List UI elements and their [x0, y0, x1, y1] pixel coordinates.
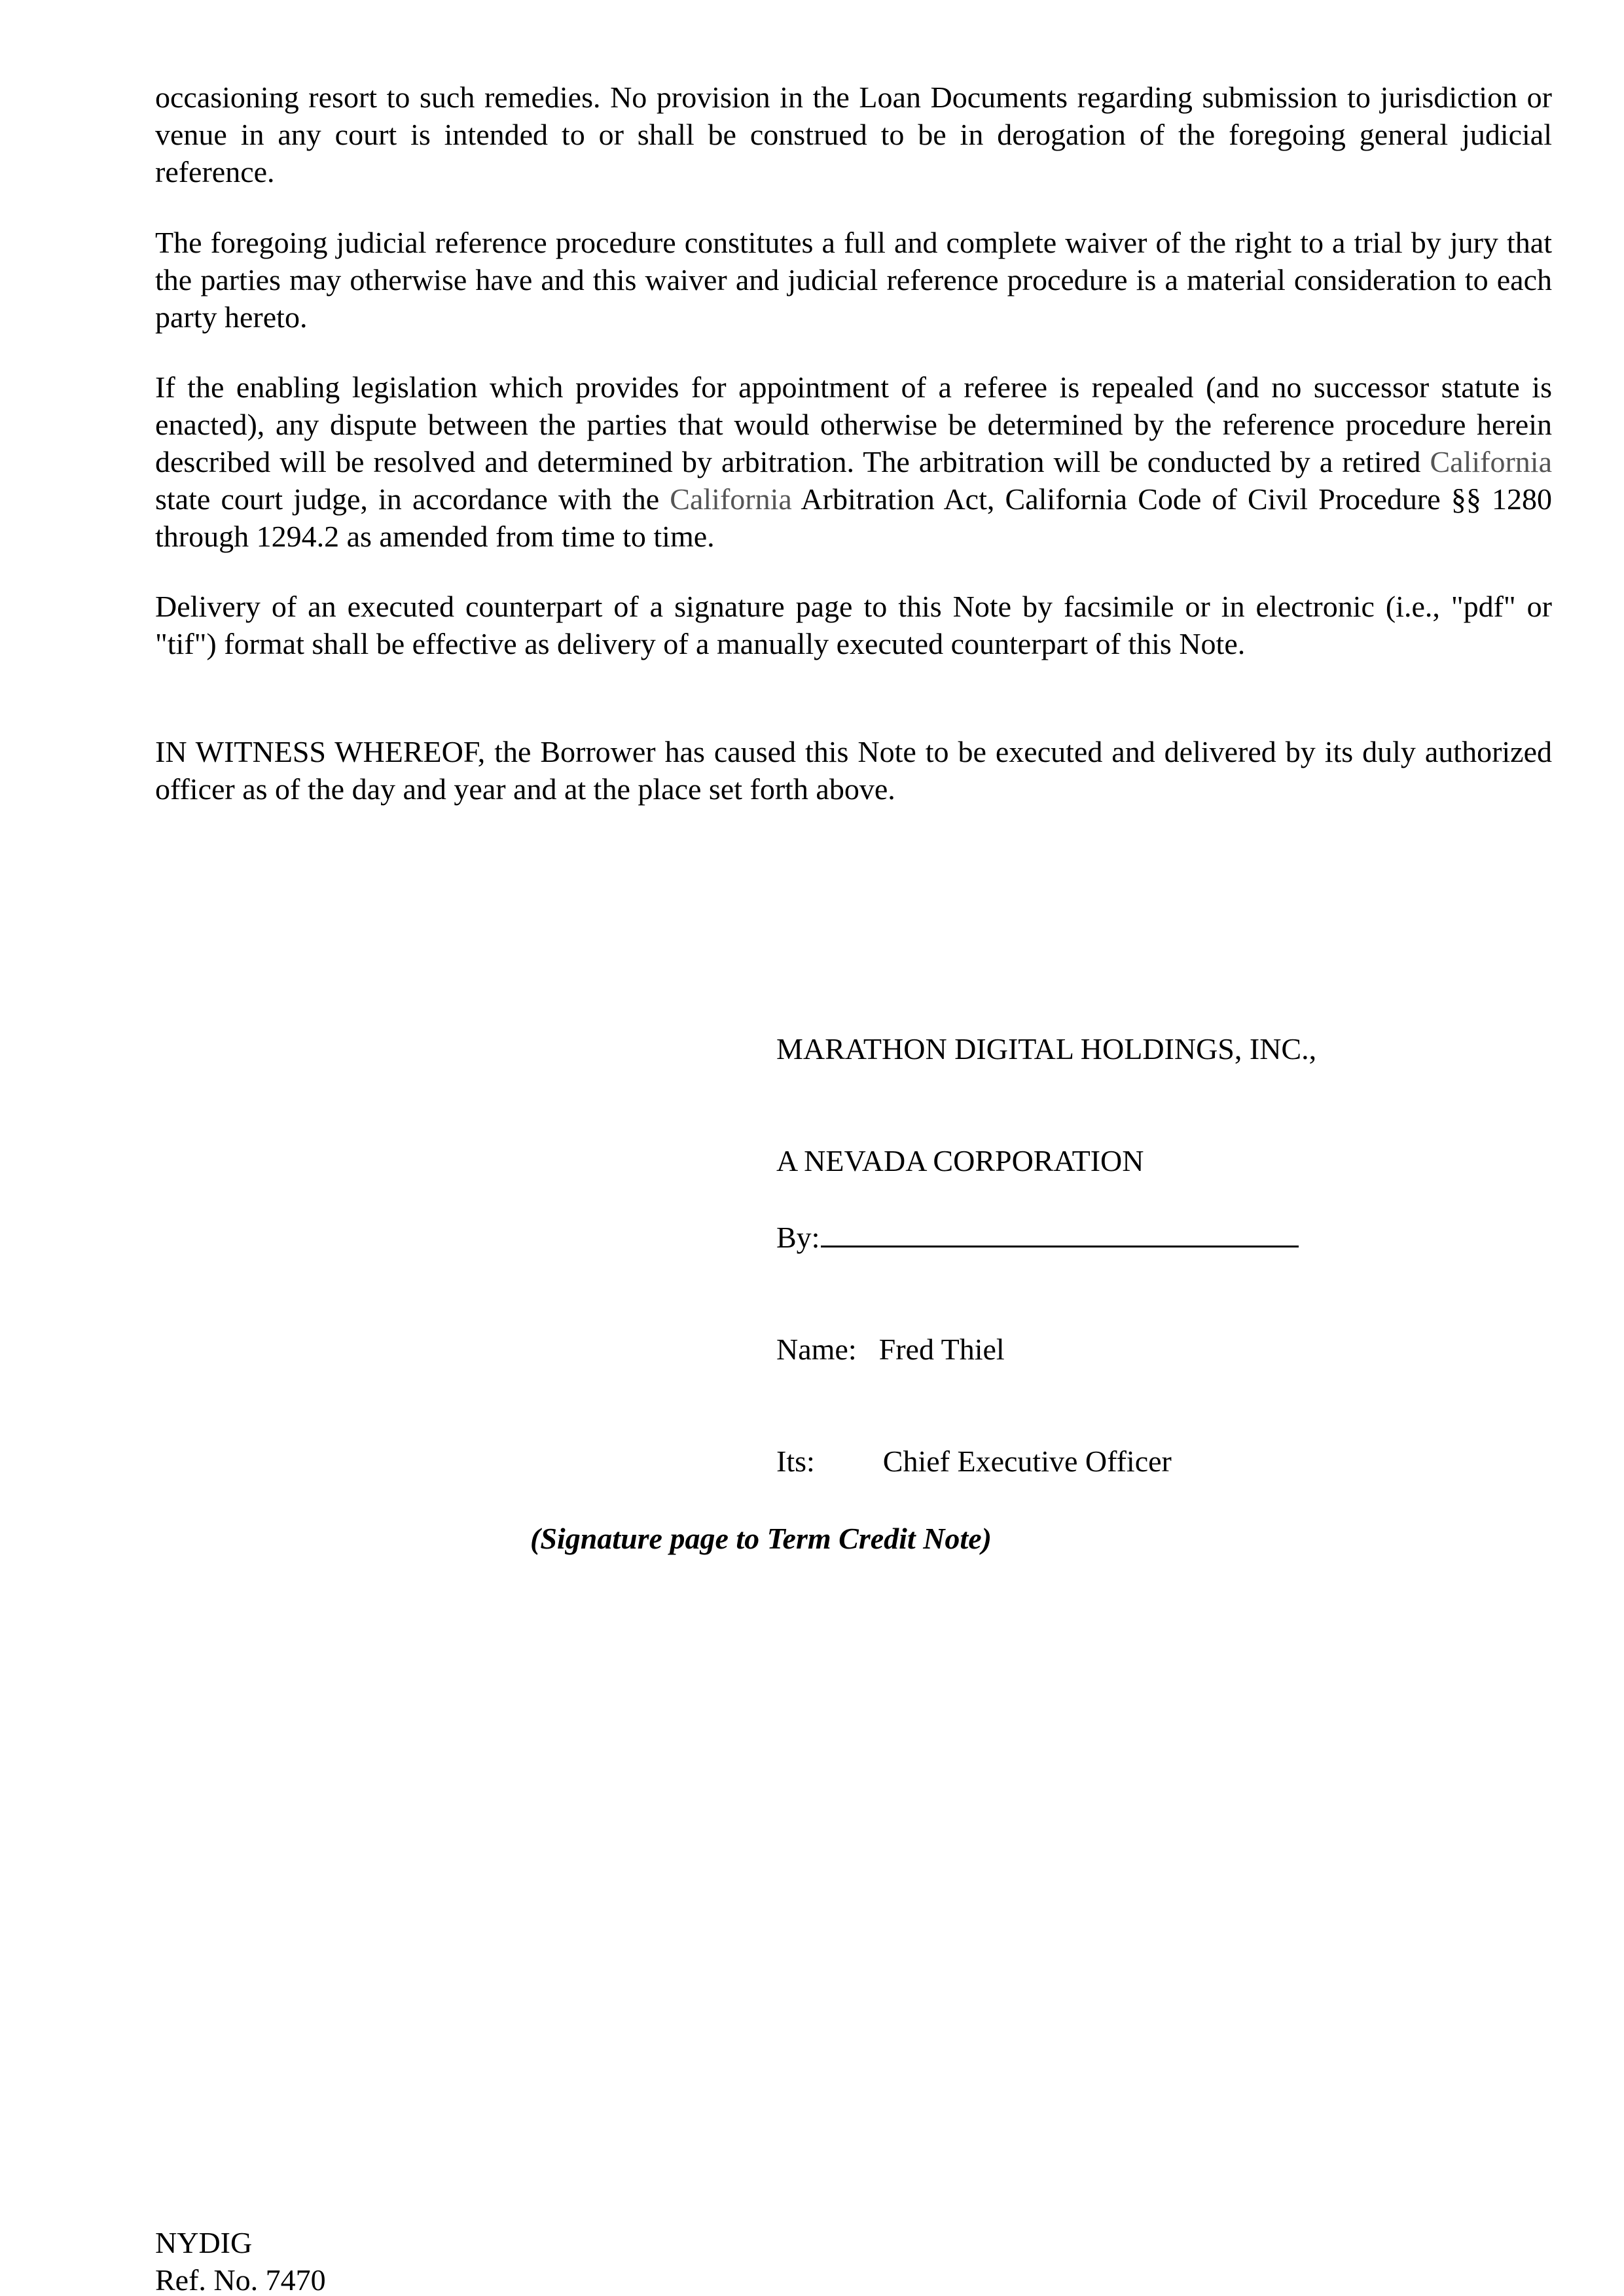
paragraph-text: IN WITNESS WHEREOF, the Borrower has cau… — [155, 733, 1552, 808]
paragraph-text: occasioning resort to such remedies. No … — [155, 79, 1552, 190]
paragraph-in-witness-whereof: IN WITNESS WHEREOF, the Borrower has cau… — [155, 733, 1552, 808]
paragraph-counterpart-delivery: Delivery of an executed counterpart of a… — [155, 588, 1552, 662]
paragraph-text: Delivery of an executed counterpart of a… — [155, 588, 1552, 662]
by-label: By: — [776, 1219, 820, 1256]
signature-by-row: By: — [776, 1217, 1299, 1256]
text-run: occasioning resort to such remedies. No … — [155, 81, 1552, 188]
signer-title: Chief Executive Officer — [883, 1444, 1172, 1478]
paragraph-judicial-reference-derogation: occasioning resort to such remedies. No … — [155, 79, 1552, 190]
footer-reference-number: Ref. No. 7470 — [155, 2261, 326, 2296]
paragraph-jury-waiver: The foregoing judicial reference procedu… — [155, 224, 1552, 336]
document-page: occasioning resort to such remedies. No … — [0, 0, 1624, 2296]
name-label: Name: — [776, 1331, 857, 1368]
signature-fields: By: Name:Fred Thiel Its:Chief Executive … — [776, 1142, 1299, 1554]
its-label: Its: — [776, 1443, 815, 1480]
text-run: IN WITNESS WHEREOF, the Borrower has cau… — [155, 735, 1552, 806]
signature-title-row: Its:Chief Executive Officer — [776, 1443, 1299, 1480]
document-footer: NYDIG Ref. No. 7470 — [155, 2224, 326, 2296]
text-run: state court judge, in accordance with th… — [155, 482, 670, 516]
signer-name: Fred Thiel — [879, 1333, 1005, 1366]
highlighted-term: California — [1430, 445, 1553, 478]
paragraph-text: The foregoing judicial reference procedu… — [155, 224, 1552, 336]
paragraph-arbitration: If the enabling legislation which provid… — [155, 368, 1552, 555]
text-run: The foregoing judicial reference procedu… — [155, 226, 1552, 334]
text-run: Delivery of an executed counterpart of a… — [155, 590, 1552, 660]
text-run: If the enabling legislation which provid… — [155, 370, 1552, 478]
signature-line[interactable] — [821, 1217, 1299, 1247]
signature-name-row: Name:Fred Thiel — [776, 1331, 1299, 1368]
signature-page-caption: (Signature page to Term Credit Note) — [0, 1520, 1624, 1557]
footer-organization: NYDIG — [155, 2224, 326, 2261]
paragraph-text: If the enabling legislation which provid… — [155, 368, 1552, 555]
highlighted-term: California — [670, 482, 792, 516]
caption-text: (Signature page to Term Credit Note) — [530, 1522, 992, 1555]
company-name: MARATHON DIGITAL HOLDINGS, INC., — [776, 1030, 1316, 1067]
